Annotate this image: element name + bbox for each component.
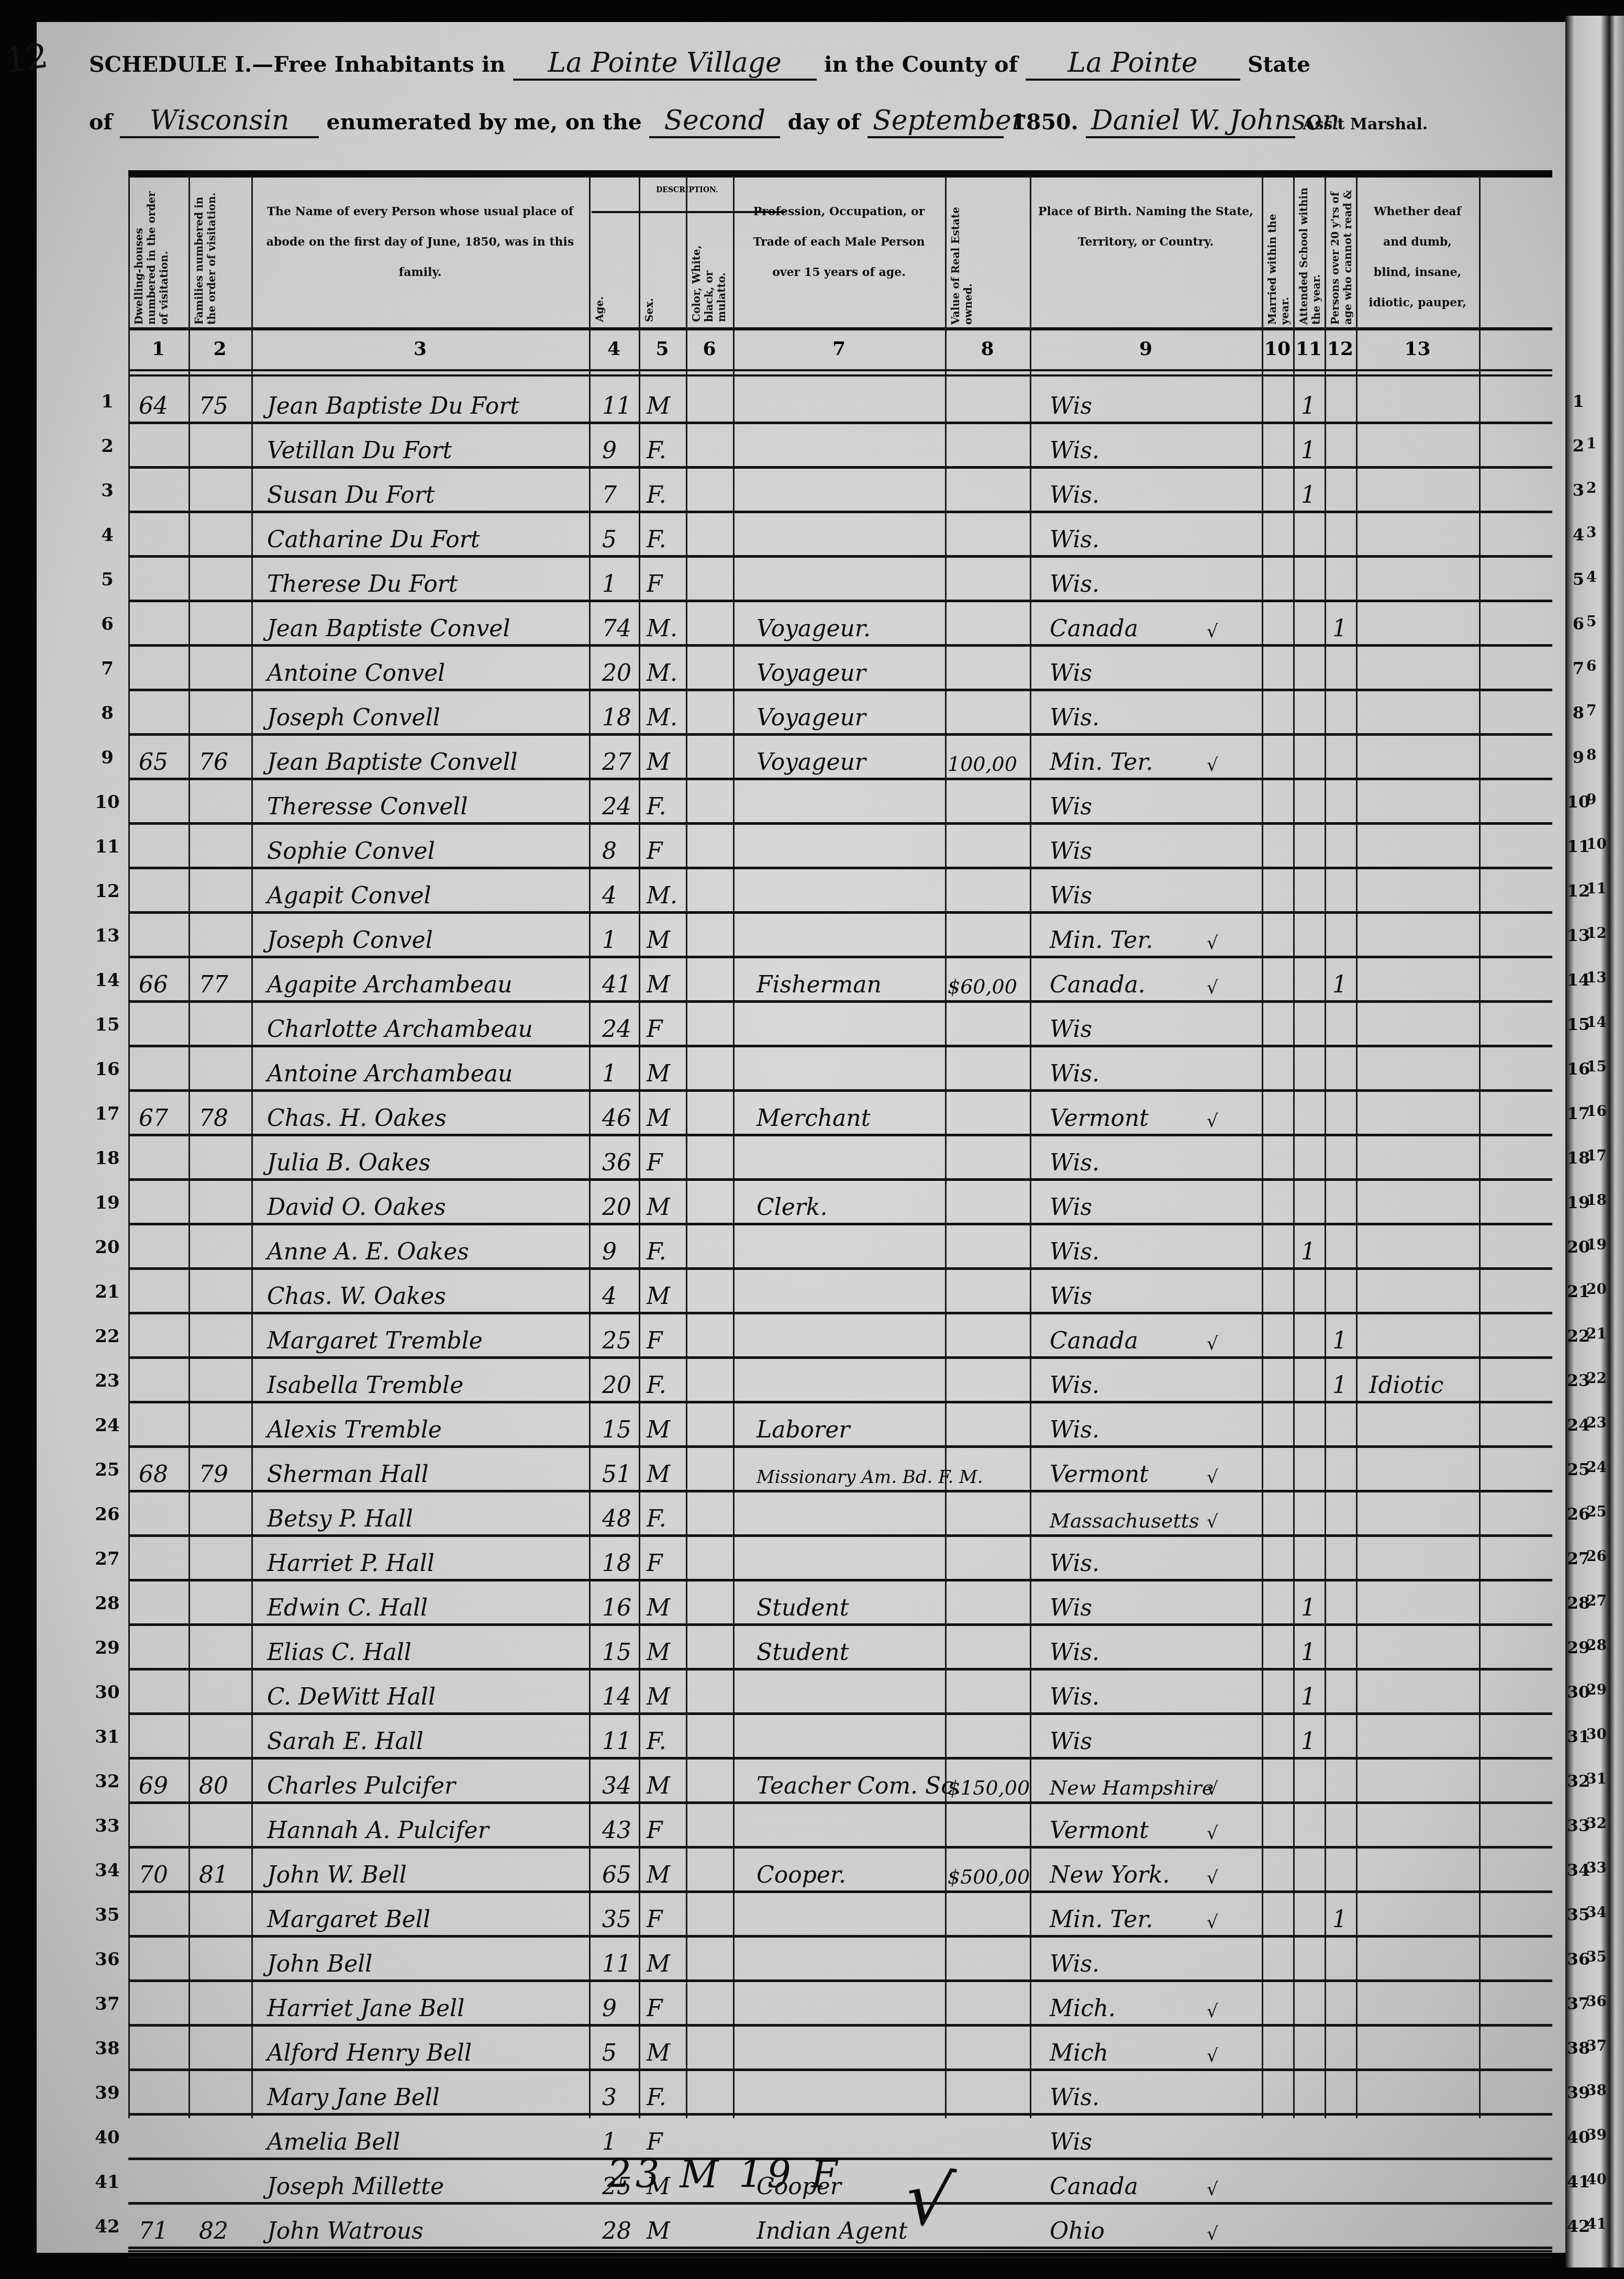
line-number-right: 21 bbox=[1563, 1281, 1594, 1301]
birthplace: Canada bbox=[1050, 1327, 1138, 1354]
line-number: 17 bbox=[92, 1103, 123, 1124]
line-number: 38 bbox=[92, 2038, 123, 2059]
line-number-right: 12 bbox=[1563, 881, 1594, 901]
line-number: 5 bbox=[92, 569, 123, 590]
birthplace: Massachusetts bbox=[1050, 1509, 1199, 1532]
birthplace: Wis bbox=[1050, 660, 1092, 687]
marshal-signature: Daniel W. Johnson bbox=[1086, 105, 1295, 138]
line-number: 21 bbox=[92, 1281, 123, 1302]
verification-check: √ bbox=[1207, 1867, 1218, 1888]
line-number-right: 19 bbox=[1563, 1192, 1594, 1212]
person-name: John W. Bell bbox=[267, 1862, 407, 1888]
birthplace: New Hampshire bbox=[1050, 1776, 1214, 1799]
condition: Idiotic bbox=[1369, 1372, 1444, 1399]
family-number: 81 bbox=[199, 1862, 228, 1888]
census-table: DESCRIPTION. 12345678910111213 Dwelling-… bbox=[128, 170, 1552, 2118]
table-row: 14146677Agapite Archambeau41MFisherman$6… bbox=[128, 958, 1552, 1003]
dwelling-number: 70 bbox=[139, 1862, 168, 1888]
person-name: John Bell bbox=[267, 1951, 372, 1977]
occupation: Student bbox=[757, 1595, 849, 1621]
illiterate-mark: 1 bbox=[1332, 1906, 1347, 1933]
line-number-right: 30 bbox=[1563, 1682, 1594, 1702]
age: 9 bbox=[602, 437, 617, 464]
column-number: 1 bbox=[128, 338, 188, 360]
birthplace: Wis. bbox=[1050, 526, 1099, 553]
person-name: Chas. W. Oakes bbox=[267, 1283, 446, 1310]
birthplace: Wis bbox=[1050, 882, 1092, 909]
person-name: Sophie Convel bbox=[267, 838, 435, 865]
age: 24 bbox=[602, 793, 631, 820]
sex: M bbox=[647, 393, 670, 419]
bottom-double-rule bbox=[128, 2250, 1552, 2252]
person-name: Agapite Archambeau bbox=[267, 971, 513, 998]
birthplace: Wis. bbox=[1050, 1684, 1099, 1710]
county-label: in the County of bbox=[824, 52, 1018, 77]
person-name: Edwin C. Hall bbox=[267, 1595, 428, 1621]
birthplace: Mich. bbox=[1050, 1995, 1116, 2022]
age: 4 bbox=[602, 1283, 617, 1310]
person-name: Amelia Bell bbox=[267, 2129, 400, 2155]
birthplace: Wis. bbox=[1050, 2084, 1099, 2111]
line-number: 27 bbox=[92, 1548, 123, 1569]
bottom-double-rule bbox=[128, 2256, 1552, 2259]
age: 11 bbox=[602, 1728, 631, 1755]
occupation: Laborer bbox=[757, 1417, 850, 1443]
birthplace: Wis bbox=[1050, 1283, 1092, 1310]
line-number-right: 5 bbox=[1563, 569, 1594, 589]
column-number: 9 bbox=[1030, 338, 1262, 360]
sex: F. bbox=[647, 2084, 666, 2111]
birthplace: Wis bbox=[1050, 1728, 1092, 1755]
table-row: 33Susan Du Fort7F.Wis.1 bbox=[128, 469, 1552, 513]
table-row: 3939Mary Jane Bell3F.Wis. bbox=[128, 2071, 1552, 2116]
line-number-right: 28 bbox=[1563, 1593, 1594, 1613]
table-row: 116475Jean Baptiste Du Fort11MWis1 bbox=[128, 380, 1552, 424]
age: 4 bbox=[602, 882, 617, 909]
real-estate-value: $500,00 bbox=[948, 1865, 1030, 1888]
line-number-right: 23 bbox=[1563, 1370, 1594, 1390]
birthplace: Vermont bbox=[1050, 1817, 1149, 1844]
line-number-right: 18 bbox=[1563, 1148, 1594, 1168]
line-number: 32 bbox=[92, 1771, 123, 1792]
line-number: 34 bbox=[92, 1860, 123, 1881]
line-number-right: 29 bbox=[1563, 1638, 1594, 1657]
age: 20 bbox=[602, 1372, 631, 1399]
line-number-right: 25 bbox=[1563, 1459, 1594, 1479]
birthplace: Wis. bbox=[1050, 1639, 1099, 1666]
table-row: 2727Harriet P. Hall18FWis. bbox=[128, 1537, 1552, 1581]
person-name: Elias C. Hall bbox=[267, 1639, 411, 1666]
illiterate-mark: 1 bbox=[1332, 1327, 1347, 1354]
age: 5 bbox=[602, 526, 617, 553]
age: 25 bbox=[602, 1327, 631, 1354]
table-row: 3333Hannah A. Pulcifer43FVermont√ bbox=[128, 1804, 1552, 1849]
column-number: 10 bbox=[1262, 338, 1293, 360]
table-row: 996576Jean Baptiste Convell27MVoyageur10… bbox=[128, 736, 1552, 780]
person-name: Chas. H. Oakes bbox=[267, 1105, 447, 1132]
column-header-family: Families numbered in the order of visita… bbox=[191, 181, 249, 330]
person-name: Isabella Tremble bbox=[267, 1372, 463, 1399]
person-name: Jean Baptiste Convell bbox=[267, 749, 518, 776]
birthplace: Canada. bbox=[1050, 971, 1145, 998]
real-estate-value: 100,00 bbox=[948, 753, 1017, 776]
line-number-right: 11 bbox=[1563, 836, 1594, 856]
dwelling-number: 65 bbox=[139, 749, 168, 776]
table-row: 1818Julia B. Oakes36FWis. bbox=[128, 1136, 1552, 1181]
sex: F bbox=[647, 1016, 663, 1043]
age: 74 bbox=[602, 615, 631, 642]
margin-page-mark: 12 bbox=[3, 37, 50, 81]
line-number: 31 bbox=[92, 1727, 123, 1747]
line-number: 3 bbox=[92, 480, 123, 501]
birthplace: Min. Ter. bbox=[1050, 927, 1153, 954]
line-number: 39 bbox=[92, 2083, 123, 2104]
person-name: Joseph Convell bbox=[267, 704, 440, 731]
verification-check: √ bbox=[1207, 1333, 1218, 1354]
dwelling-number: 71 bbox=[139, 2218, 168, 2244]
person-name: Vetillan Du Fort bbox=[267, 437, 452, 464]
line-number: 2 bbox=[92, 436, 123, 457]
verification-check: √ bbox=[1207, 1778, 1218, 1799]
family-number: 75 bbox=[199, 393, 228, 419]
line-number: 36 bbox=[92, 1949, 123, 1970]
sex: F bbox=[647, 1906, 663, 1933]
person-name: David O. Oakes bbox=[267, 1194, 446, 1221]
line-number: 14 bbox=[92, 970, 123, 991]
birthplace: Wis. bbox=[1050, 1060, 1099, 1087]
line-number: 15 bbox=[92, 1014, 123, 1035]
sex: M bbox=[647, 1105, 670, 1132]
real-estate-value: $150,00 bbox=[948, 1776, 1030, 1799]
family-number: 79 bbox=[199, 1461, 228, 1488]
line-number-right: 32 bbox=[1563, 1771, 1594, 1791]
table-row: 22Vetillan Du Fort9F.Wis.1 bbox=[128, 424, 1552, 469]
age: 20 bbox=[602, 660, 631, 687]
column-header-school: Attended School within the year. bbox=[1295, 181, 1322, 330]
person-name: Sarah E. Hall bbox=[267, 1728, 424, 1755]
birthplace: Wis. bbox=[1050, 1951, 1099, 1977]
illiterate-mark: 1 bbox=[1332, 971, 1347, 998]
line-number-right: 7 bbox=[1563, 658, 1594, 678]
age: 24 bbox=[602, 1016, 631, 1043]
line-number: 22 bbox=[92, 1326, 123, 1347]
table-row: 17176778Chas. H. Oakes46MMerchantVermont… bbox=[128, 1092, 1552, 1136]
table-row: 55Therese Du Fort1FWis. bbox=[128, 558, 1552, 602]
sex: M bbox=[647, 2040, 670, 2066]
person-name: Catharine Du Fort bbox=[267, 526, 480, 553]
line-number: 20 bbox=[92, 1237, 123, 1258]
double-rule-1 bbox=[128, 369, 1552, 371]
sex: F bbox=[647, 1817, 663, 1844]
line-number: 42 bbox=[92, 2216, 123, 2237]
column-number: 4 bbox=[589, 338, 639, 360]
line-number: 40 bbox=[92, 2127, 123, 2148]
birthplace: Wis. bbox=[1050, 1238, 1099, 1265]
occupation: Merchant bbox=[757, 1105, 870, 1132]
line-number-right: 24 bbox=[1563, 1415, 1594, 1435]
sex: F bbox=[647, 2129, 663, 2155]
sex: M bbox=[647, 1951, 670, 1977]
age: 35 bbox=[602, 1906, 631, 1933]
sex: F bbox=[647, 571, 663, 598]
sex: M bbox=[647, 1639, 670, 1666]
age: 48 bbox=[602, 1506, 631, 1532]
birthplace: Wis bbox=[1050, 793, 1092, 820]
line-number: 12 bbox=[92, 881, 123, 902]
column-header-dwelling: Dwelling-houses numbered in the order of… bbox=[130, 181, 186, 330]
person-name: Joseph Convel bbox=[267, 927, 433, 954]
column-header-color: Color, White, black, or mulatto. bbox=[688, 217, 731, 327]
table-row: 77Antoine Convel20M.VoyageurWis bbox=[128, 647, 1552, 691]
age: 9 bbox=[602, 1995, 617, 2022]
line-number-right: 35 bbox=[1563, 1905, 1594, 1924]
line-number: 24 bbox=[92, 1415, 123, 1436]
table-row: 3737Harriet Jane Bell9FMich.√ bbox=[128, 1982, 1552, 2027]
sex: F. bbox=[647, 1238, 666, 1265]
sex: M bbox=[647, 1194, 670, 1221]
line-number-right: 39 bbox=[1563, 2083, 1594, 2103]
sex: M bbox=[647, 1283, 670, 1310]
age: 51 bbox=[602, 1461, 631, 1488]
sex: F. bbox=[647, 1506, 666, 1532]
occupation: Voyageur bbox=[757, 660, 866, 687]
occupation: Voyageur. bbox=[757, 615, 871, 642]
table-row: 42427182John Watrous28MIndian AgentOhio√ bbox=[128, 2205, 1552, 2249]
birthplace: Wis. bbox=[1050, 571, 1099, 598]
age: 43 bbox=[602, 1817, 631, 1844]
sex: F. bbox=[647, 482, 666, 508]
line-number-right: 33 bbox=[1563, 1816, 1594, 1835]
school-mark: 1 bbox=[1301, 1684, 1316, 1710]
occupation: Cooper. bbox=[757, 1862, 846, 1888]
line-number: 33 bbox=[92, 1816, 123, 1837]
line-number: 41 bbox=[92, 2172, 123, 2193]
age: 9 bbox=[602, 1238, 617, 1265]
line-number: 4 bbox=[92, 525, 123, 546]
page-tally-note: 23 M 19 F bbox=[607, 2152, 842, 2196]
dwelling-number: 67 bbox=[139, 1105, 168, 1132]
line-number: 9 bbox=[92, 747, 123, 768]
table-row: 3838Alford Henry Bell5MMich√ bbox=[128, 2027, 1552, 2071]
sex: F. bbox=[647, 1372, 666, 1399]
birthplace: Vermont bbox=[1050, 1105, 1149, 1132]
age: 1 bbox=[602, 571, 617, 598]
dwelling-number: 69 bbox=[139, 1773, 168, 1799]
line-number-right: 9 bbox=[1563, 747, 1594, 767]
table-row: 2828Edwin C. Hall16MStudentWis1 bbox=[128, 1581, 1552, 1626]
birthplace: Wis. bbox=[1050, 1417, 1099, 1443]
occupation: Clerk. bbox=[757, 1194, 827, 1221]
sex: M bbox=[647, 1684, 670, 1710]
line-number: 11 bbox=[92, 836, 123, 857]
table-row: 2626Betsy P. Hall48F.Massachusetts√ bbox=[128, 1492, 1552, 1537]
person-name: Betsy P. Hall bbox=[267, 1506, 413, 1532]
line-number: 30 bbox=[92, 1682, 123, 1703]
column-header-occupation: Profession, Occupation, or Trade of each… bbox=[735, 181, 943, 330]
school-mark: 1 bbox=[1301, 1728, 1316, 1755]
family-number: 76 bbox=[199, 749, 228, 776]
family-number: 77 bbox=[199, 971, 228, 998]
line-number-right: 26 bbox=[1563, 1504, 1594, 1524]
column-header-age: Age. bbox=[591, 217, 637, 327]
line-number-right: 27 bbox=[1563, 1548, 1594, 1568]
dwelling-number: 64 bbox=[139, 393, 168, 419]
age: 16 bbox=[602, 1595, 631, 1621]
dwelling-number: 66 bbox=[139, 971, 168, 998]
sex: F bbox=[647, 838, 663, 865]
age: 65 bbox=[602, 1862, 631, 1888]
person-name: Antoine Archambeau bbox=[267, 1060, 513, 1087]
age: 8 bbox=[602, 838, 617, 865]
table-row: 3636John Bell11MWis. bbox=[128, 1938, 1552, 1982]
occupation: Voyageur bbox=[757, 704, 866, 731]
table-row: 88Joseph Convell18M.VoyageurWis. bbox=[128, 691, 1552, 736]
verification-check: √ bbox=[1207, 2223, 1218, 2244]
table-row: 1515Charlotte Archambeau24FWis bbox=[128, 1003, 1552, 1047]
age: 15 bbox=[602, 1639, 631, 1666]
state-field: Wisconsin bbox=[120, 105, 319, 138]
sex: M bbox=[647, 1773, 670, 1799]
person-name: Alford Henry Bell bbox=[267, 2040, 472, 2066]
verification-check: √ bbox=[1207, 2045, 1218, 2066]
month-field: September bbox=[867, 105, 1004, 138]
age: 46 bbox=[602, 1105, 631, 1132]
person-name: John Watrous bbox=[267, 2218, 424, 2244]
occupation: Fisherman bbox=[757, 971, 882, 998]
line-number: 26 bbox=[92, 1504, 123, 1525]
age: 11 bbox=[602, 393, 631, 419]
line-number-right: 34 bbox=[1563, 1860, 1594, 1880]
table-row: 2222Margaret Tremble25FCanada√1 bbox=[128, 1314, 1552, 1359]
line-number-right: 13 bbox=[1563, 925, 1594, 945]
age: 18 bbox=[602, 1550, 631, 1577]
line-number-right: 3 bbox=[1563, 480, 1594, 500]
verification-check: √ bbox=[1207, 1912, 1218, 1933]
age: 28 bbox=[602, 2218, 631, 2244]
person-name: Anne A. E. Oakes bbox=[267, 1238, 469, 1265]
birthplace: Min. Ter. bbox=[1050, 1906, 1153, 1933]
line-number-right: 4 bbox=[1563, 525, 1594, 545]
family-number: 80 bbox=[199, 1773, 228, 1799]
sex: M bbox=[647, 927, 670, 954]
sex: M. bbox=[647, 882, 677, 909]
line-number: 23 bbox=[92, 1370, 123, 1391]
table-row: 25256879Sherman Hall51MMissionary Am. Bd… bbox=[128, 1448, 1552, 1492]
person-name: Julia B. Oakes bbox=[267, 1149, 430, 1176]
person-name: Margaret Bell bbox=[267, 1906, 430, 1933]
column-header-sex: Sex. bbox=[641, 217, 684, 327]
person-name: Hannah A. Pulcifer bbox=[267, 1817, 489, 1844]
birthplace: Canada bbox=[1050, 615, 1138, 642]
verification-check: √ bbox=[1207, 1467, 1218, 1488]
sex: F. bbox=[647, 437, 666, 464]
line-number: 16 bbox=[92, 1059, 123, 1080]
column-header-birthplace: Place of Birth. Naming the State, Territ… bbox=[1032, 181, 1260, 330]
birthplace: Wis bbox=[1050, 1194, 1092, 1221]
sex: F bbox=[647, 1550, 663, 1577]
line-number-right: 37 bbox=[1563, 1994, 1594, 2014]
age: 7 bbox=[602, 482, 617, 508]
school-mark: 1 bbox=[1301, 1238, 1316, 1265]
county-field: La Pointe bbox=[1026, 47, 1240, 81]
line-number: 10 bbox=[92, 792, 123, 813]
sex: F. bbox=[647, 1728, 666, 1755]
line-number: 19 bbox=[92, 1192, 123, 1213]
year: 1850. bbox=[1011, 109, 1078, 135]
birthplace: Wis. bbox=[1050, 1372, 1099, 1399]
family-number: 82 bbox=[199, 2218, 228, 2244]
sex: M bbox=[647, 2218, 670, 2244]
sex: F. bbox=[647, 526, 666, 553]
line-number-right: 22 bbox=[1563, 1326, 1594, 1346]
person-name: Therese Du Fort bbox=[267, 571, 458, 598]
sex: M bbox=[647, 1461, 670, 1488]
line-number-right: 40 bbox=[1563, 2127, 1594, 2147]
day-field: Second bbox=[649, 105, 780, 138]
table-top-rule bbox=[128, 170, 1552, 178]
age: 36 bbox=[602, 1149, 631, 1176]
table-row: 3131Sarah E. Hall11F.Wis1 bbox=[128, 1715, 1552, 1760]
school-mark: 1 bbox=[1301, 437, 1316, 464]
line-number: 1 bbox=[92, 391, 123, 412]
birthplace: Wis. bbox=[1050, 1550, 1099, 1577]
age: 1 bbox=[602, 1060, 617, 1087]
sex: M. bbox=[647, 704, 677, 731]
enumerated-label: enumerated by me, on the bbox=[327, 109, 642, 135]
line-number-right: 42 bbox=[1563, 2216, 1594, 2236]
person-name: Jean Baptiste Convel bbox=[267, 615, 510, 642]
verification-check: √ bbox=[1207, 977, 1218, 998]
table-row: 44Catharine Du Fort5F.Wis. bbox=[128, 513, 1552, 558]
column-header-illiterate: Persons over 20 y'rs of age who cannot r… bbox=[1327, 181, 1354, 330]
schedule-header-line-1: SCHEDULE I.—Free Inhabitants in La Point… bbox=[89, 47, 1310, 81]
column-header-married: Married within the year. bbox=[1264, 181, 1291, 330]
double-rule-2 bbox=[128, 374, 1552, 377]
birthplace: Ohio bbox=[1050, 2218, 1105, 2244]
verification-check: √ bbox=[1207, 2179, 1218, 2200]
verification-check: √ bbox=[1207, 2001, 1218, 2022]
person-name: Sherman Hall bbox=[267, 1461, 429, 1488]
table-row: 2121Chas. W. Oakes4MWis bbox=[128, 1270, 1552, 1314]
column-number: 12 bbox=[1325, 338, 1356, 360]
verification-check: √ bbox=[1207, 621, 1218, 642]
line-number-right: 2 bbox=[1563, 436, 1594, 456]
verification-check: √ bbox=[1207, 1511, 1218, 1532]
line-number-right: 38 bbox=[1563, 2038, 1594, 2058]
person-name: Susan Du Fort bbox=[267, 482, 435, 508]
birthplace: Wis bbox=[1050, 2129, 1092, 2155]
birthplace: Wis. bbox=[1050, 1149, 1099, 1176]
sex: F bbox=[647, 1149, 663, 1176]
table-row: 1212Agapit Convel4M.Wis bbox=[128, 869, 1552, 914]
age: 3 bbox=[602, 2084, 617, 2111]
birthplace: Wis bbox=[1050, 393, 1092, 419]
verification-check: √ bbox=[1207, 755, 1218, 776]
age: 27 bbox=[602, 749, 631, 776]
table-row: 3030C. DeWitt Hall14MWis.1 bbox=[128, 1670, 1552, 1715]
column-header-name: The Name of every Person whose usual pla… bbox=[253, 181, 587, 330]
birthplace: Vermont bbox=[1050, 1461, 1149, 1488]
illiterate-mark: 1 bbox=[1332, 1372, 1347, 1399]
birthplace: Min. Ter. bbox=[1050, 749, 1153, 776]
table-row: 1111Sophie Convel8FWis bbox=[128, 825, 1552, 869]
line-number: 13 bbox=[92, 925, 123, 946]
illiterate-mark: 1 bbox=[1332, 615, 1347, 642]
line-number-right: 41 bbox=[1563, 2172, 1594, 2192]
person-name: Margaret Tremble bbox=[267, 1327, 483, 1354]
age: 5 bbox=[602, 2040, 617, 2066]
age: 14 bbox=[602, 1684, 631, 1710]
